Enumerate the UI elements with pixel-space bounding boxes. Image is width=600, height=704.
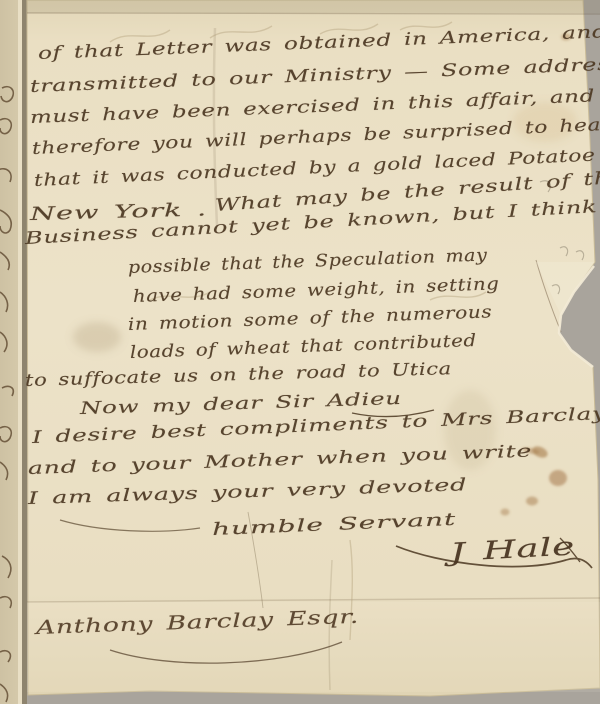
letter-line: and to your Mother when you write <box>28 441 533 479</box>
letter-line: to suffocate us on the road to Utica <box>25 359 452 391</box>
letter-line: loads of wheat that contributed <box>130 331 477 363</box>
letter-line: humble Servant <box>212 510 457 540</box>
addressee-line: Anthony Barclay Esqr. <box>36 606 360 639</box>
handwriting-layer: of that Letter was obtained in America, … <box>0 0 600 704</box>
letter-line: in motion some of the numerous <box>128 302 493 335</box>
letter-line: possible that the Speculation may <box>128 245 488 278</box>
signature: J Hale <box>449 531 576 567</box>
letter-scan: of that Letter was obtained in America, … <box>0 0 600 704</box>
letter-line: I am always your very devoted <box>28 475 468 509</box>
letter-line: have had some weight, in setting <box>133 274 500 307</box>
